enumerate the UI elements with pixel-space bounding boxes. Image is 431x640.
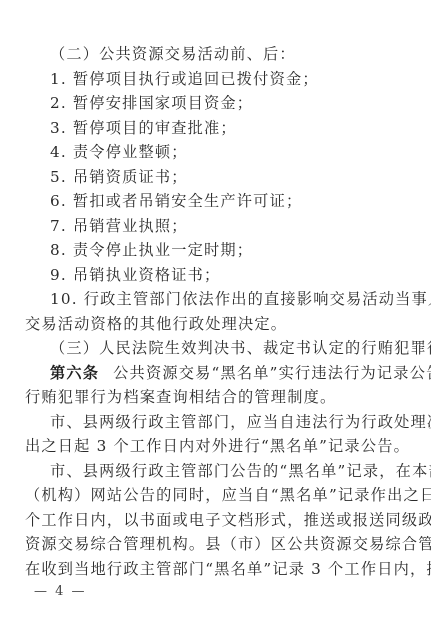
paragraph-2-line-2: （机构）网站公告的同时，应当自“黑名单”记录作出之日起 3	[25, 485, 397, 505]
section-heading-2: （二）公共资源交易活动前、后：	[50, 44, 422, 64]
list-item-4: 4. 责令停业整顿；	[50, 142, 422, 162]
paragraph-2-line-3: 个工作日内，以书面或电子文档形式，推送或报送同级政府公共	[25, 510, 397, 530]
article-6-continued: 行贿犯罪行为档案查询相结合的管理制度。	[25, 387, 397, 407]
page-number: — 4 —	[34, 584, 87, 599]
list-item-7: 7. 吊销营业执照；	[50, 216, 422, 236]
article-6-text: 公共资源交易“黑名单”实行违法行为记录公告和	[113, 364, 431, 382]
article-label: 第六条	[50, 364, 99, 382]
article-6-paragraph: 第六条公共资源交易“黑名单”实行违法行为记录公告和	[50, 363, 422, 383]
section-heading-3: （三）人民法院生效判决书、裁定书认定的行贿犯罪行为。	[50, 338, 422, 358]
paragraph-1-line-2: 出之日起 3 个工作日内对外进行“黑名单”记录公告。	[25, 436, 397, 456]
list-item-3: 3. 暂停项目的审查批准；	[50, 118, 422, 138]
paragraph-2-line-4: 资源交易综合管理机构。县（市）区公共资源交易综合管理机构，	[25, 534, 397, 554]
list-item-9: 9. 吊销执业资格证书；	[50, 265, 422, 285]
list-item-1: 1. 暂停项目执行或追回已拨付资金；	[50, 69, 422, 89]
list-item-6: 6. 暂扣或者吊销安全生产许可证；	[50, 191, 422, 211]
list-item-8: 8. 责令停止执业一定时期；	[50, 240, 422, 260]
list-item-2: 2. 暂停安排国家项目资金；	[50, 93, 422, 113]
document-page: （二）公共资源交易活动前、后： 1. 暂停项目执行或追回已拨付资金； 2. 暂停…	[0, 0, 431, 640]
list-item-10-continued: 交易活动资格的其他行政处理决定。	[25, 314, 397, 334]
paragraph-1-line-1: 市、县两级行政主管部门，应当自违法行为行政处理决定作	[50, 412, 422, 432]
paragraph-2-line-1: 市、县两级行政主管部门公告的“黑名单”记录，在本部门	[50, 461, 422, 481]
list-item-10: 10. 行政主管部门依法作出的直接影响交易活动当事人参与	[50, 289, 422, 309]
list-item-5: 5. 吊销资质证书；	[50, 167, 422, 187]
paragraph-2-line-5: 在收到当地行政主管部门“黑名单”记录 3 个工作日内，报送市	[25, 559, 397, 579]
